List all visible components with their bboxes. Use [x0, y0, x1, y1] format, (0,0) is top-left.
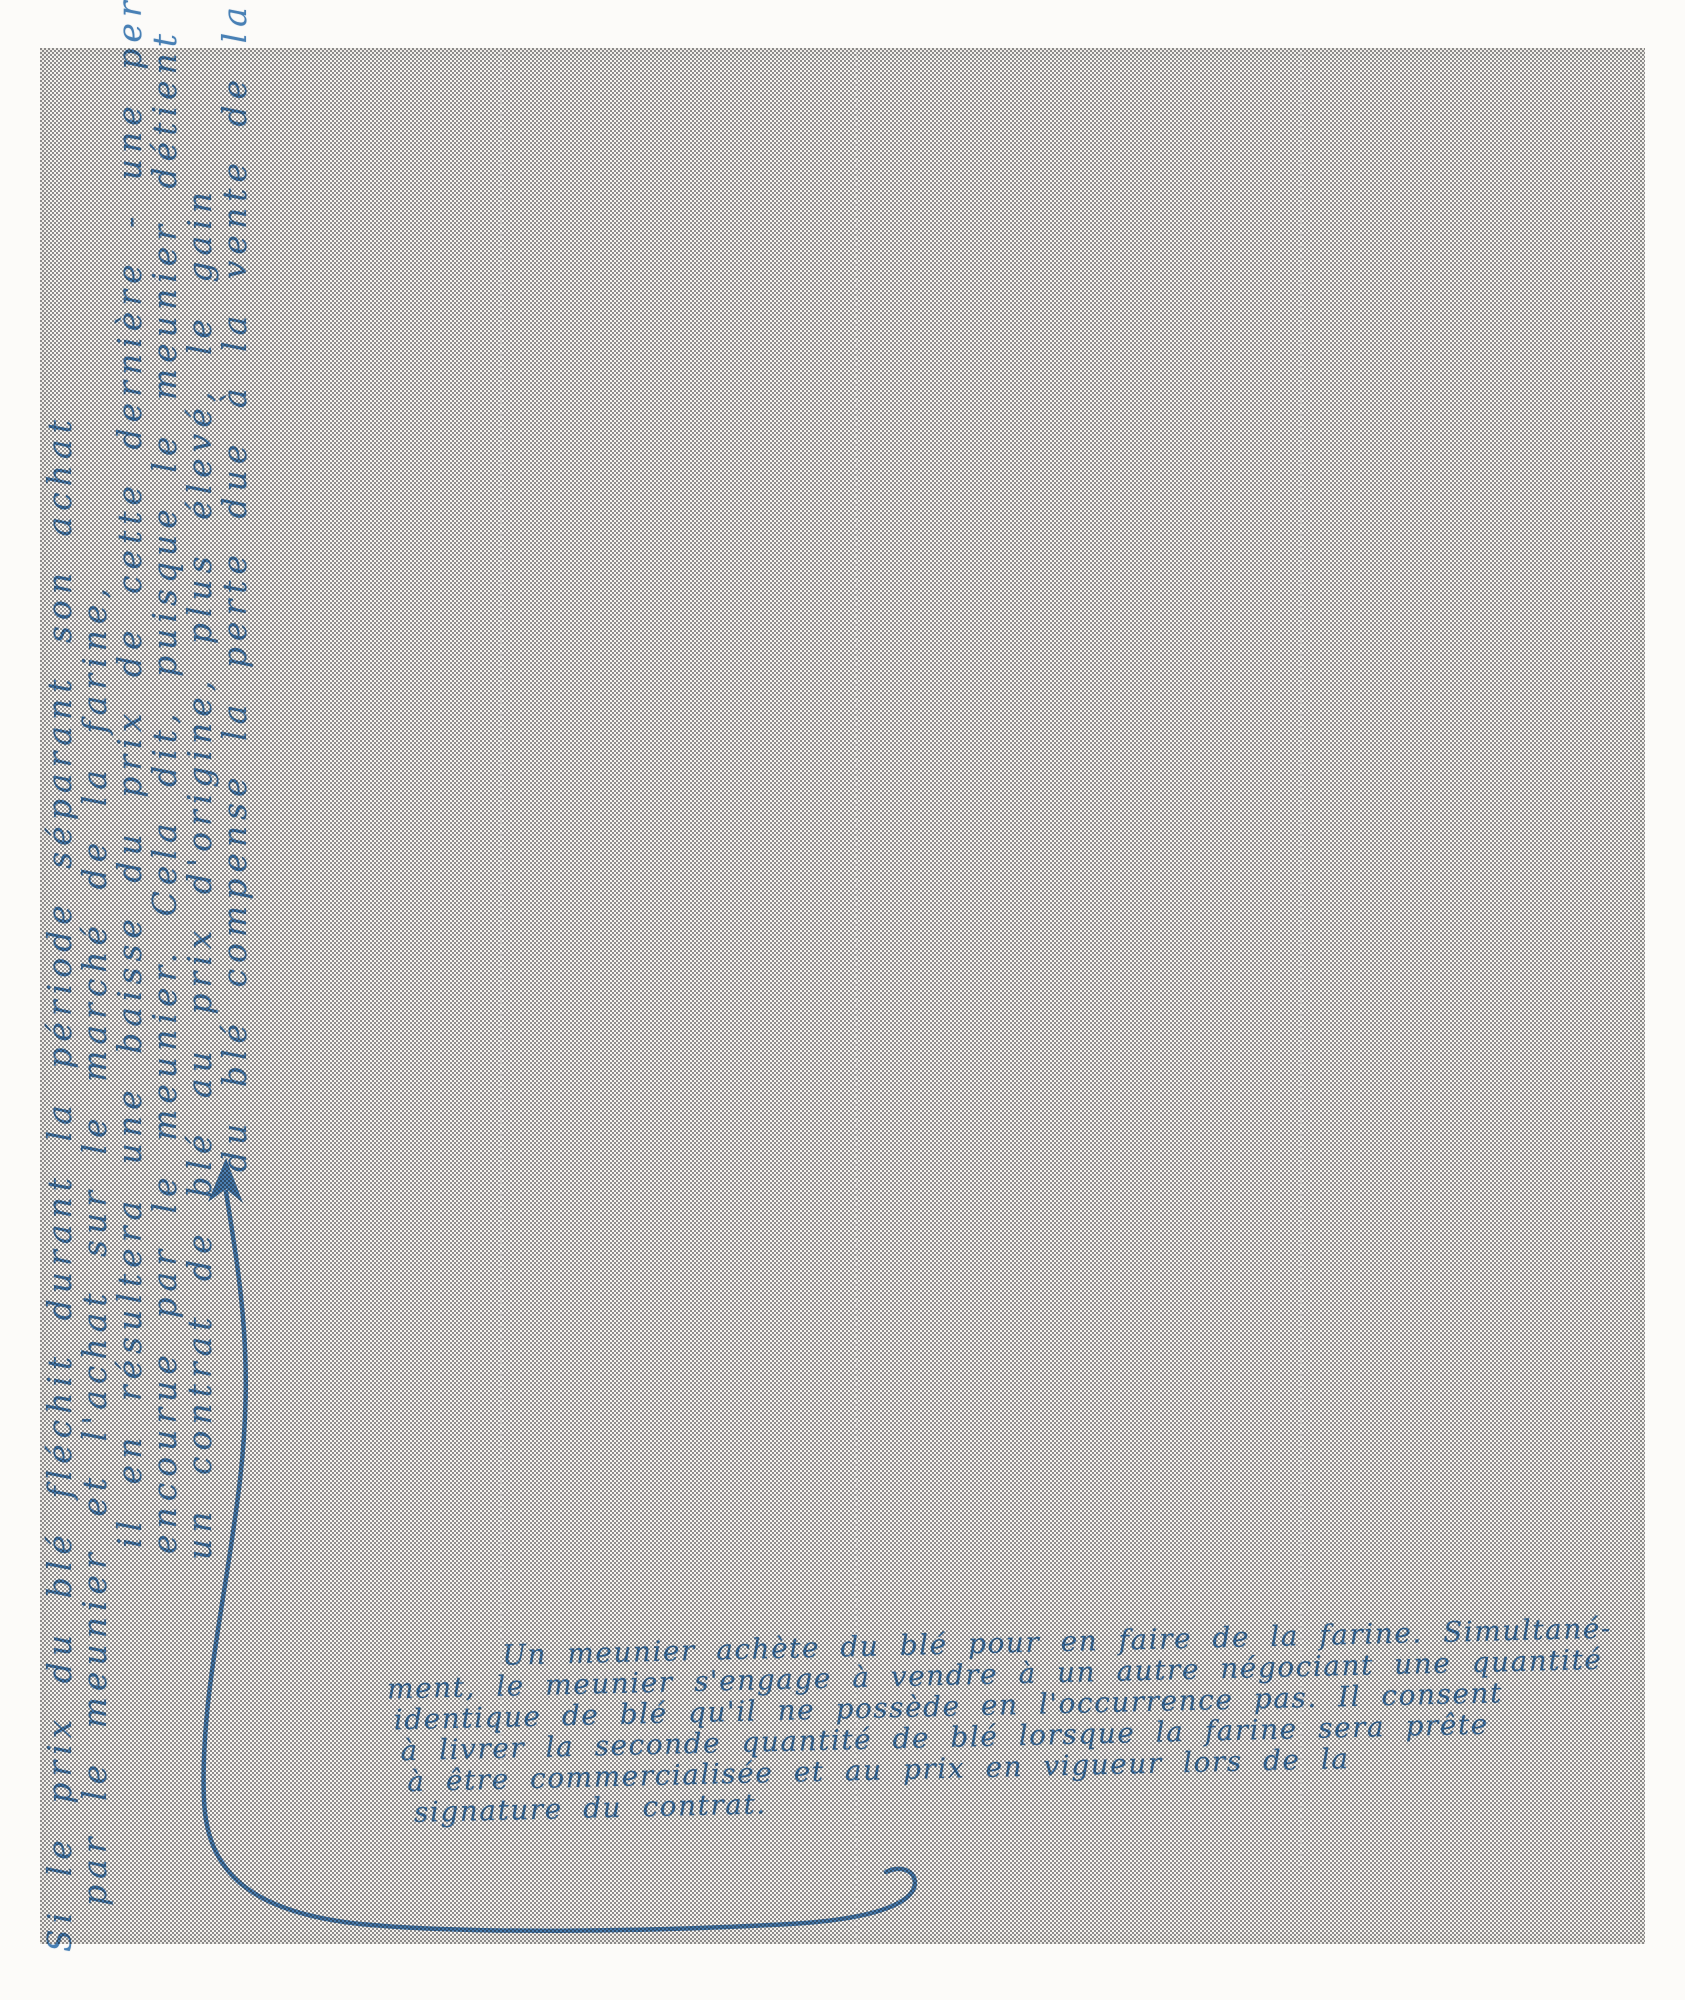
handwritten-paragraph: Un meunier achète du blé pour en faire d… [386, 1613, 1580, 1828]
margin-note-line: il en résultera une baisse du prix de ce… [112, 152, 147, 1548]
margin-note-line: encourue par le meunier. Cela dit, puisq… [147, 152, 182, 1554]
margin-note-line: Si le prix du blé fléchit durant la péri… [42, 152, 77, 1952]
fold-crease [500, 48, 502, 1792]
fold-crease [1300, 48, 1302, 1868]
margin-note-line: du blé compense la perte due à la vente … [217, 152, 252, 1172]
margin-handwritten-note: Si le prix du blé fléchit durant la péri… [42, 152, 258, 1952]
margin-note-line: par le meunier et l'achat sur le marché … [77, 152, 112, 1906]
margin-note-line: un contrat de blé au prix d'origine, plu… [182, 152, 217, 1560]
